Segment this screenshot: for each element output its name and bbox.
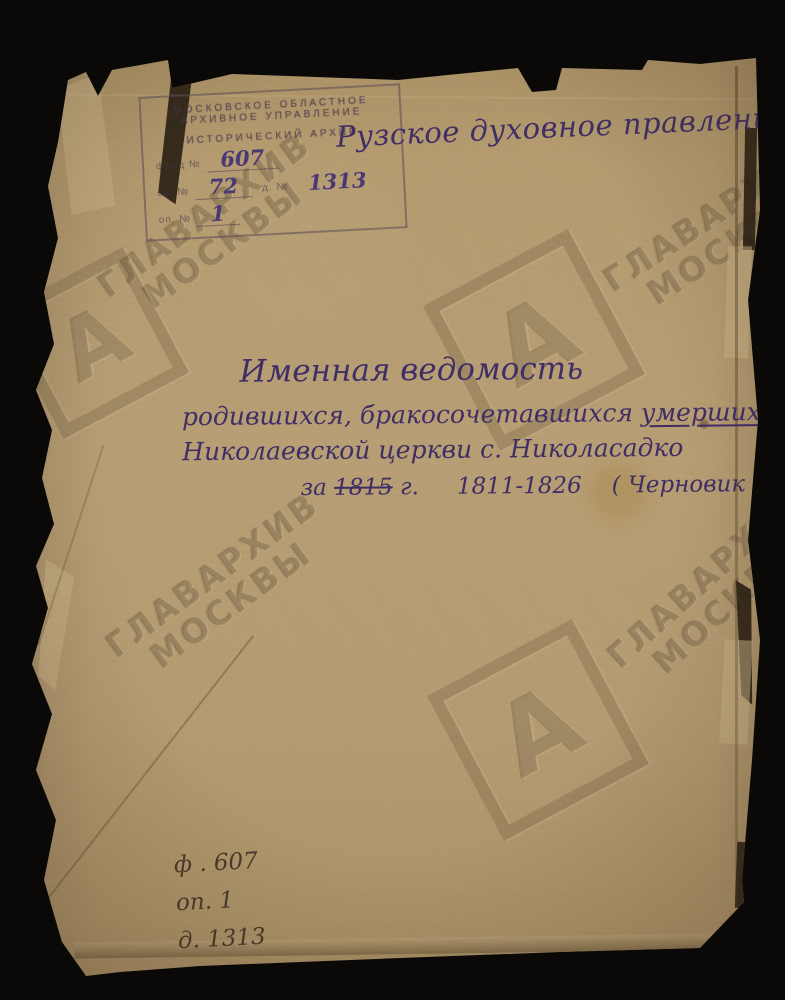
pencil-opis: оп. 1 (175, 881, 265, 923)
date-range: 1811-1826 (457, 473, 582, 500)
pencil-archive-notes: ф . 607 оп. 1 д. 1313 (173, 843, 267, 961)
inscription-line2-text: родившихся, бракосочетавшихся (182, 398, 641, 431)
pencil-delo: д. 1313 (177, 919, 267, 961)
inscription-line2: родившихся, бракосочетавшихся умерших (182, 398, 687, 431)
inscription-underlined-word: умерших (641, 397, 761, 427)
stamp-delo-number: 1313 (294, 168, 381, 194)
stamp-opis-label: оп. № (159, 213, 192, 229)
archive-watermark: ГЛАВАРХИВ МОСКВЫ (602, 480, 785, 700)
stamp-sv-number: 72 (194, 174, 252, 200)
fold-crease (74, 933, 738, 958)
stamp-fond-label: фонд № (156, 159, 201, 175)
paper-tear (735, 842, 749, 908)
year-prefix: за (300, 475, 334, 501)
paper-tear-flap (719, 639, 752, 744)
main-inscription: Именная ведомость родившихся, бракосочет… (181, 350, 687, 502)
archive-watermark: ГЛАВАРХИВ МОСКВЫ (101, 488, 346, 691)
year-suffix: г. (393, 474, 419, 500)
paper-tear-flap (724, 246, 752, 359)
document-cover-paper: ГЛАВАРХИВ МОСКВЫ ГЛАВАРХИВ МОСКВЫ ГЛАВАР… (0, 0, 785, 1000)
stamp-fond-number: 607 (206, 146, 279, 173)
inscription-line1: Именная ведомость (239, 350, 686, 390)
paper-tear-flap (34, 559, 75, 691)
pencil-fond: ф . 607 (173, 843, 263, 885)
stamp-sv-label: св. № (157, 186, 189, 202)
struck-year: 1815 (334, 474, 393, 501)
draft-note: ( Черновик ). (612, 471, 769, 498)
paper-tear (743, 128, 757, 250)
paper-tear-flap (56, 73, 115, 216)
inscription-line4: за 1815 г.1811-1826( Черновик ). (300, 472, 687, 501)
archive-stamp: МОСКОВСКОЕ ОБЛАСТНОЕ АРХИВНОЕ УПРАВЛЕНИЕ… (138, 83, 407, 242)
stamp-opis-number: 1 (196, 202, 240, 227)
archive-watermark: ГЛАВАРХИВ МОСКВЫ (598, 132, 785, 326)
logo-letter-a: А (476, 660, 599, 800)
inscription-line3: Николаевской церкви с. Николасадко (182, 433, 687, 466)
stamp-delo-label: д. № (262, 181, 289, 196)
logo-letter-a: А (41, 284, 144, 401)
